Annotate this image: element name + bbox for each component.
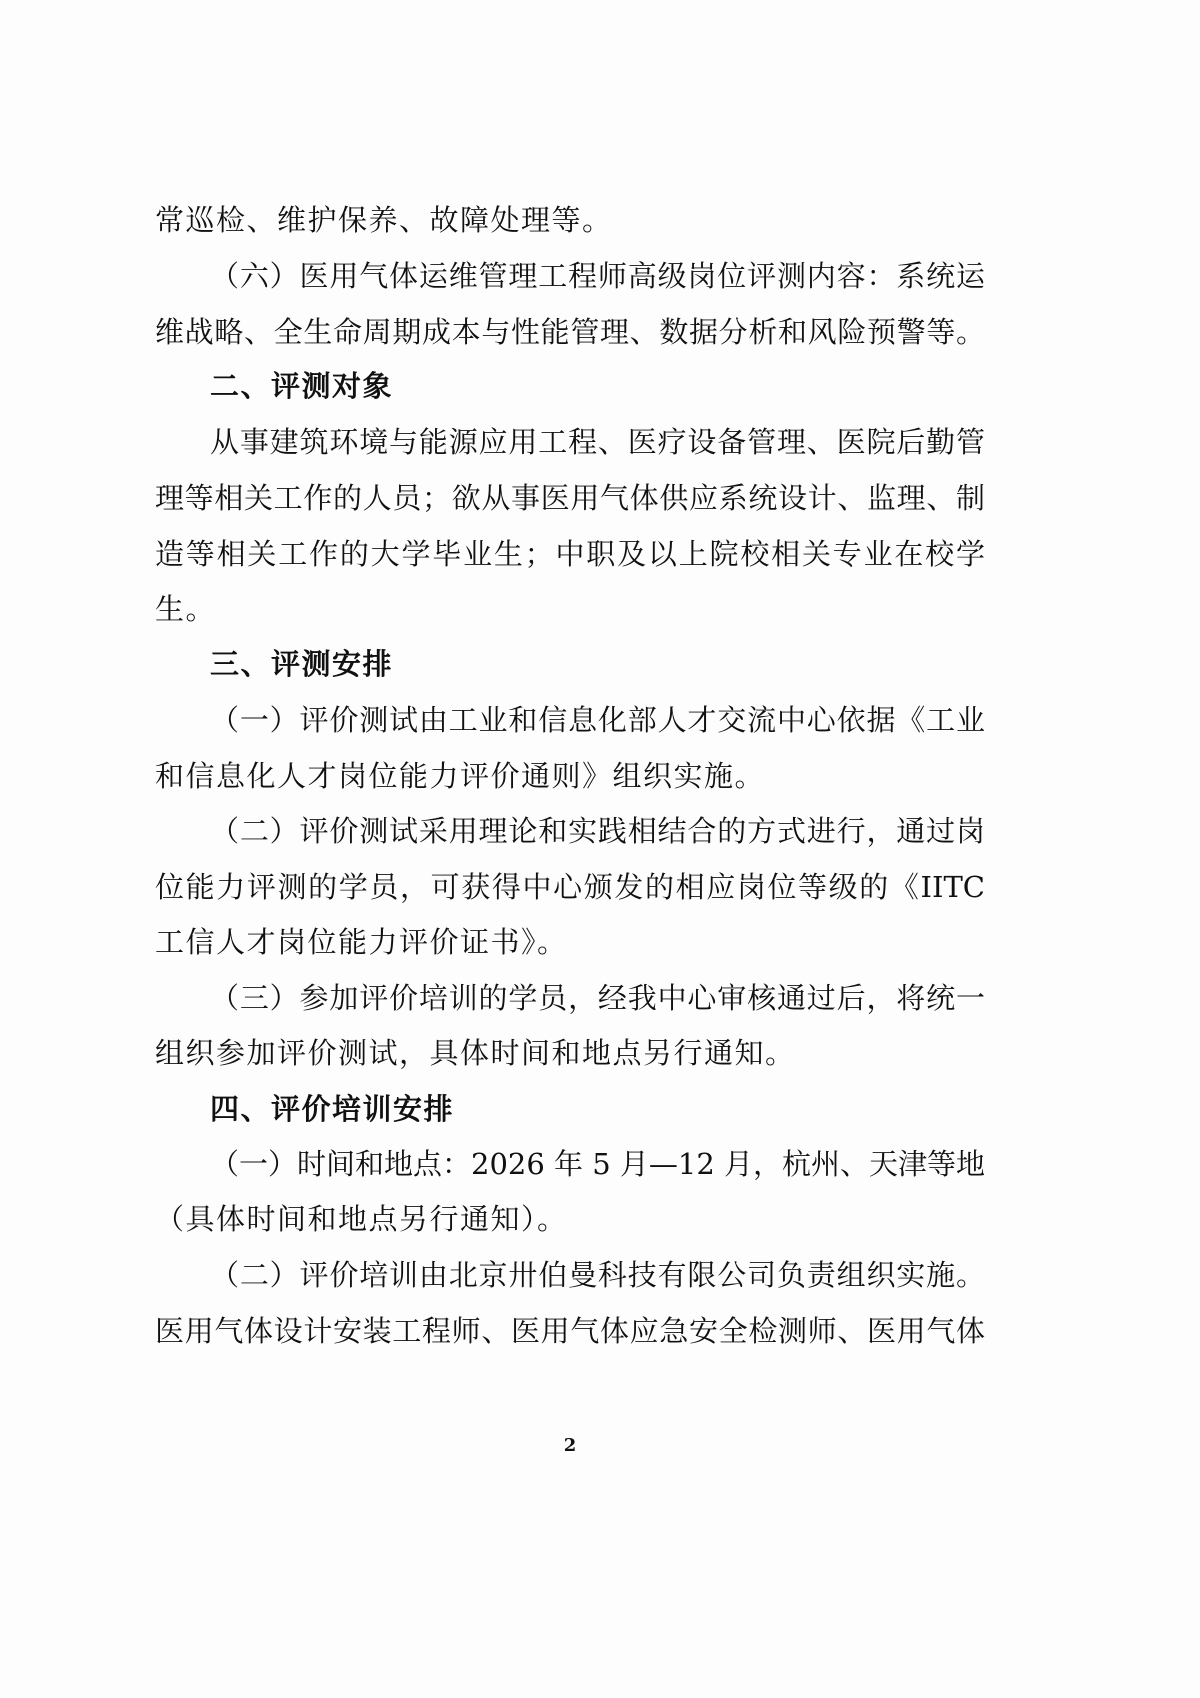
paragraph-line: 生。 bbox=[155, 589, 216, 629]
paragraph-line: 和信息化人才岗位能力评价通则》组织实施。 bbox=[155, 756, 765, 796]
paragraph-line: 位能力评测的学员，可获得中心颁发的相应岗位等级的《IITC bbox=[155, 867, 985, 907]
paragraph-line: （六）医用气体运维管理工程师高级岗位评测内容：系统运 bbox=[210, 256, 985, 296]
paragraph-line: （一）时间和地点：2026 年 5 月—12 月，杭州、天津等地 bbox=[210, 1144, 985, 1184]
paragraph-line: 工信人才岗位能力评价证书》。 bbox=[155, 922, 568, 962]
paragraph-line: 医用气体设计安装工程师、医用气体应急安全检测师、医用气体 bbox=[155, 1311, 985, 1351]
paragraph-line: 维战略、全生命周期成本与性能管理、数据分析和风险预警等。 bbox=[155, 312, 985, 352]
paragraph-line: 从事建筑环境与能源应用工程、医疗设备管理、医院后勤管 bbox=[210, 422, 985, 462]
section-heading-2: 二、评测对象 bbox=[210, 366, 393, 406]
paragraph-line: 造等相关工作的大学毕业生；中职及以上院校相关专业在校学 bbox=[155, 534, 985, 574]
paragraph-line: 理等相关工作的人员；欲从事医用气体供应系统设计、监理、制 bbox=[155, 478, 985, 518]
paragraph-line: 组织参加评价测试，具体时间和地点另行通知。 bbox=[155, 1033, 796, 1073]
page-number: 2 bbox=[0, 1435, 1140, 1456]
section-heading-4: 四、评价培训安排 bbox=[210, 1089, 454, 1129]
paragraph-line: （二）评价测试采用理论和实践相结合的方式进行，通过岗 bbox=[210, 811, 985, 851]
paragraph-line: （一）评价测试由工业和信息化部人才交流中心依据《工业 bbox=[210, 700, 985, 740]
paragraph-line: 常巡检、维护保养、故障处理等。 bbox=[155, 200, 613, 240]
paragraph-line: （三）参加评价培训的学员，经我中心审核通过后，将统一 bbox=[210, 978, 985, 1018]
section-heading-3: 三、评测安排 bbox=[210, 644, 393, 684]
paragraph-line: （二）评价培训由北京卅伯曼科技有限公司负责组织实施。 bbox=[210, 1255, 985, 1295]
document-page: 常巡检、维护保养、故障处理等。 （六）医用气体运维管理工程师高级岗位评测内容：系… bbox=[0, 0, 1200, 1698]
paragraph-line: （具体时间和地点另行通知）。 bbox=[155, 1199, 568, 1239]
